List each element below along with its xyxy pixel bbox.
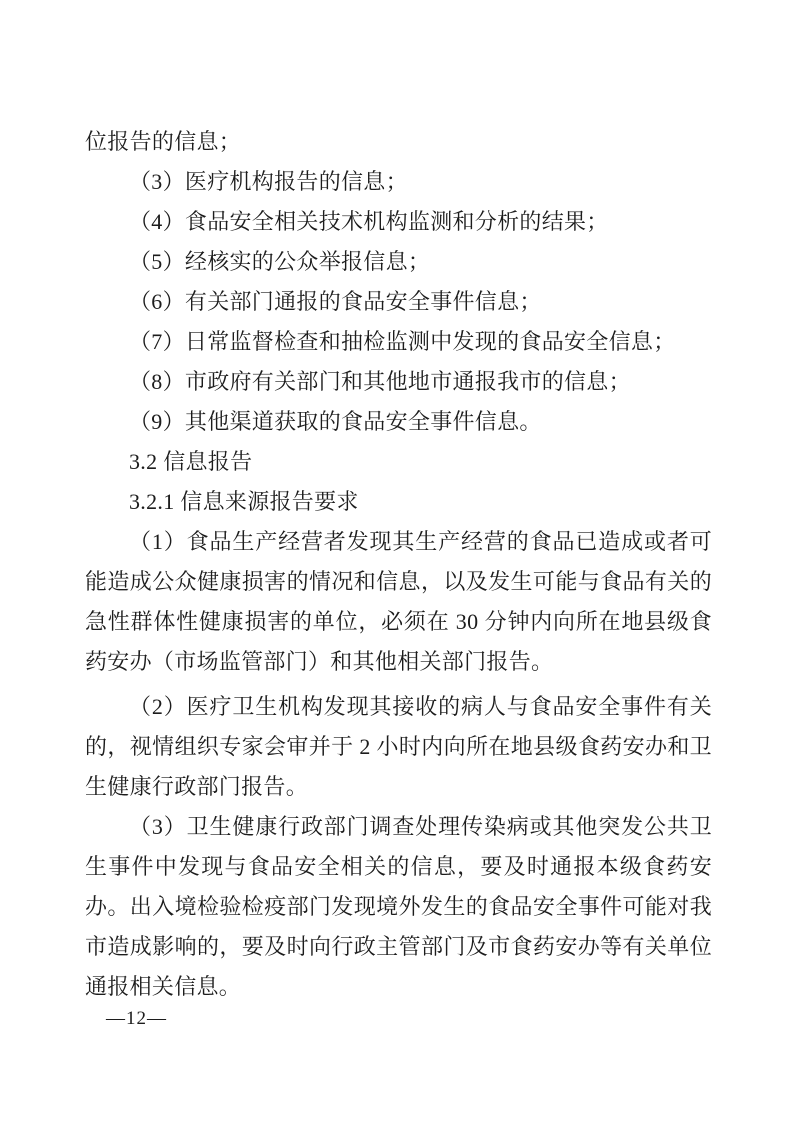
page-number: —12— (106, 1004, 167, 1034)
section-heading-3-2: 3.2 信息报告 (85, 442, 712, 482)
list-item-9: （9）其他渠道获取的食品安全事件信息。 (85, 402, 712, 442)
document-body: 位报告的信息； （3）医疗机构报告的信息； （4）食品安全相关技术机构监测和分析… (85, 122, 712, 1007)
list-item-3: （3）医疗机构报告的信息； (85, 162, 712, 202)
subsection-heading-3-2-1: 3.2.1 信息来源报告要求 (85, 482, 712, 522)
list-item-5: （5）经核实的公众举报信息； (85, 242, 712, 282)
paragraph-3: （3）卫生健康行政部门调查处理传染病或其他突发公共卫生事件中发现与食品安全相关的… (85, 807, 712, 1007)
continuation-line: 位报告的信息； (85, 122, 712, 162)
paragraph-1: （1）食品生产经营者发现其生产经营的食品已造成或者可能造成公众健康损害的情况和信… (85, 522, 712, 682)
document-page: 位报告的信息； （3）医疗机构报告的信息； （4）食品安全相关技术机构监测和分析… (0, 0, 793, 1122)
list-item-6: （6）有关部门通报的食品安全事件信息； (85, 282, 712, 322)
paragraph-2: （2）医疗卫生机构发现其接收的病人与食品安全事件有关的，视情组织专家会审并于 2… (85, 687, 712, 807)
list-item-8: （8）市政府有关部门和其他地市通报我市的信息； (85, 362, 712, 402)
list-item-4: （4）食品安全相关技术机构监测和分析的结果； (85, 202, 712, 242)
list-item-7: （7）日常监督检查和抽检监测中发现的食品安全信息； (85, 322, 712, 362)
